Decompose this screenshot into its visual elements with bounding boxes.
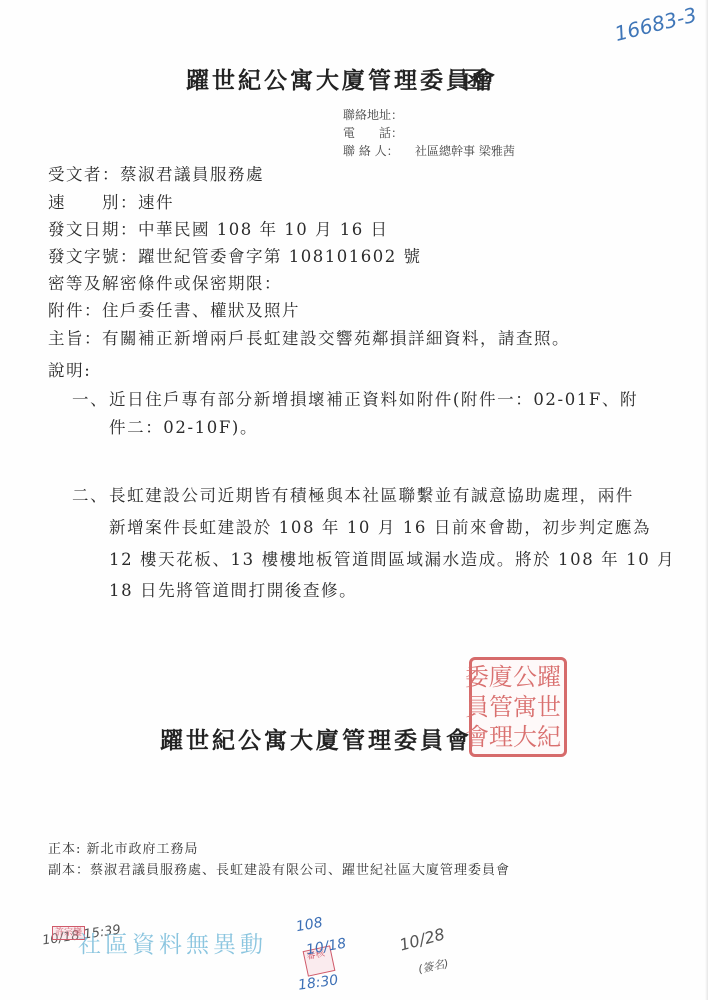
field-attachment: 附件：住戶委任書、權狀及照片 <box>48 297 300 321</box>
field-value: 速件 <box>138 193 174 212</box>
seal-char: 管 <box>489 692 513 722</box>
seal-char: 紀 <box>537 722 561 752</box>
handwritten-year: 108 <box>295 915 324 935</box>
doc-type: 函 <box>463 62 486 95</box>
original-label: 正本: <box>48 842 81 857</box>
contact-phone: 電 話： <box>343 124 415 141</box>
contact-person-value: 社區總幹事 梁雅茜 <box>415 144 515 158</box>
field-label: 發文字號： <box>48 243 138 267</box>
seal-char: 廈 <box>489 662 513 692</box>
distribution-copy: 副本：蔡淑君議員服務處、長虹建設有限公司、躍世紀社區大廈管理委員會 <box>48 859 510 878</box>
field-value: 住戶委任書、權狀及照片 <box>102 301 300 320</box>
document-page: 躍世紀公寓大廈管理委員會 函 16683-3 聯絡地址： 電 話： 聯 絡 人：… <box>0 0 708 1000</box>
official-seal: 躍 世 紀 公 寓 大 廈 管 理 委 員 會 <box>469 657 567 757</box>
handwritten-id: 16683-3 <box>612 2 699 46</box>
field-value: 蔡淑君議員服務處 <box>120 165 264 184</box>
contact-person-label: 聯 絡 人： <box>343 142 415 159</box>
handwritten-time: 18:30 <box>297 972 339 993</box>
contact-address: 聯絡地址： <box>343 106 415 123</box>
copy-label: 副本： <box>48 863 90 878</box>
explanation-item-2-line: 18 日先將管道間打開後查修。 <box>109 577 357 601</box>
field-label: 速 別： <box>48 189 138 213</box>
seal-char: 理 <box>489 722 513 752</box>
explanation-item-2-num: 二、 <box>72 482 108 506</box>
field-subject: 主旨：有關補正新增兩戶長虹建設交響苑鄰損詳細資料，請查照。 <box>48 325 570 349</box>
field-label: 密等及解密條件或保密期限： <box>48 270 282 294</box>
explanation-item-1-line: 件二：02-10F)。 <box>109 414 258 438</box>
copy-value: 蔡淑君議員服務處、長虹建設有限公司、躍世紀社區大廈管理委員會 <box>90 863 510 878</box>
contact-phone-label: 電 話： <box>343 124 415 141</box>
explanation-item-1-line: 近日住戶專有部分新增損壞補正資料如附件(附件一：02-01F、附 <box>109 386 638 410</box>
org-title: 躍世紀公寓大廈管理委員會 <box>186 62 498 95</box>
field-label: 受文者： <box>48 161 120 185</box>
field-label: 附件： <box>48 297 102 321</box>
handwritten-right-date: 10/28 <box>397 924 446 954</box>
field-label: 發文日期： <box>48 216 138 240</box>
seal-char: 寓 <box>513 692 537 722</box>
rubber-stamp-no-change: 社區資料無異動 <box>78 926 267 959</box>
seal-char: 躍 <box>537 662 561 692</box>
field-value: 躍世紀管委會字第 108101602 號 <box>138 247 421 266</box>
field-date: 發文日期：中華民國 108 年 10 月 16 日 <box>48 216 388 240</box>
seal-char: 大 <box>513 722 537 752</box>
field-confidentiality: 密等及解密條件或保密期限： <box>48 270 282 294</box>
field-recipient: 受文者：蔡淑君議員服務處 <box>48 161 264 185</box>
explanation-label: 說明: <box>48 357 91 381</box>
field-value: 有關補正新增兩戶長虹建設交響苑鄰損詳細資料，請查照。 <box>102 329 570 348</box>
signature-org-name: 躍世紀公寓大廈管理委員會 <box>160 722 472 755</box>
explanation-item-2-line: 長虹建設公司近期皆有積極與本社區聯繫並有誠意協助處理，兩件 <box>109 482 634 506</box>
explanation-item-2-line: 新增案件長虹建設於 108 年 10 月 16 日前來會勘，初步判定應為 <box>109 514 651 538</box>
seal-char: 會 <box>465 722 489 752</box>
handwritten-date: 10/18 <box>305 936 348 959</box>
contact-person: 聯 絡 人：社區總幹事 梁雅茜 <box>343 142 515 159</box>
explanation-item-2-line: 12 樓天花板、13 樓樓地板管道間區域漏水造成。將於 108 年 10 月 <box>109 546 675 570</box>
explanation-item-1-num: 一、 <box>72 386 108 410</box>
field-label: 主旨： <box>48 325 102 349</box>
contact-address-label: 聯絡地址： <box>343 106 415 123</box>
seal-char: 員 <box>465 692 489 722</box>
seal-char: 公 <box>513 662 537 692</box>
original-value: 新北市政府工務局 <box>87 842 199 857</box>
field-value: 中華民國 108 年 10 月 16 日 <box>138 220 388 239</box>
field-speed: 速 別：速件 <box>48 189 174 213</box>
distribution-original: 正本: 新北市政府工務局 <box>48 838 199 857</box>
field-doc-number: 發文字號：躍世紀管委會字第 108101602 號 <box>48 243 421 267</box>
seal-char: 委 <box>465 662 489 692</box>
handwritten-signature: (簽名) <box>417 955 450 977</box>
seal-char: 世 <box>537 692 561 722</box>
